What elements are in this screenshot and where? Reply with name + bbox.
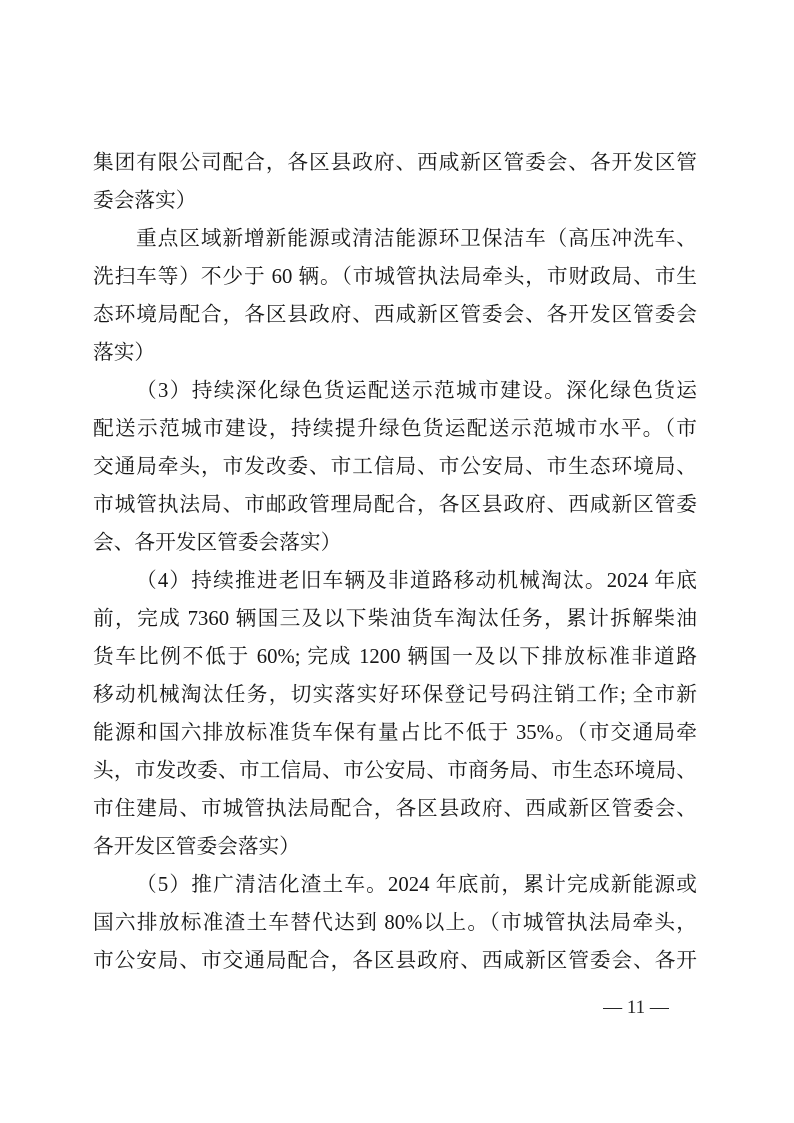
document-page: 集团有限公司配合，各区县政府、西咸新区管委会、各开发区管 委会落实） 重点区域新… — [0, 0, 794, 1123]
text-line: 配送示范城市建设，持续提升绿色货运配送示范城市水平。（市 — [93, 410, 697, 448]
text-line: 市住建局、市城管执法局配合，各区县政府、西咸新区管委会、 — [93, 790, 697, 828]
text-line: （3）持续深化绿色货运配送示范城市建设。深化绿色货运 — [93, 372, 697, 410]
text-line: （4）持续推进老旧车辆及非道路移动机械淘汰。2024 年底 — [93, 562, 697, 600]
text-line: 落实） — [93, 334, 697, 372]
text-line: 各开发区管委会落实） — [93, 828, 697, 866]
document-text-block: 集团有限公司配合，各区县政府、西咸新区管委会、各开发区管 委会落实） 重点区域新… — [93, 144, 697, 980]
text-line: （5）推广清洁化渣土车。2024 年底前，累计完成新能源或 — [93, 866, 697, 904]
text-line: 货车比例不低于 60%; 完成 1200 辆国一及以下排放标准非道路 — [93, 638, 697, 676]
text-line: 态环境局配合，各区县政府、西咸新区管委会、各开发区管委会 — [93, 296, 697, 334]
text-line: 移动机械淘汰任务，切实落实好环保登记号码注销工作; 全市新 — [93, 676, 697, 714]
text-line: 前，完成 7360 辆国三及以下柴油货车淘汰任务，累计拆解柴油 — [93, 600, 697, 638]
text-line: 头，市发改委、市工信局、市公安局、市商务局、市生态环境局、 — [93, 752, 697, 790]
text-line: 交通局牵头，市发改委、市工信局、市公安局、市生态环境局、 — [93, 448, 697, 486]
text-line: 委会落实） — [93, 182, 697, 220]
text-line: 集团有限公司配合，各区县政府、西咸新区管委会、各开发区管 — [93, 144, 697, 182]
text-line: 会、各开发区管委会落实） — [93, 524, 697, 562]
text-line: 国六排放标准渣土车替代达到 80%以上。（市城管执法局牵头， — [93, 904, 697, 942]
text-line: 市城管执法局、市邮政管理局配合，各区县政府、西咸新区管委 — [93, 486, 697, 524]
page-number: — 11 — — [594, 996, 678, 1020]
text-line: 重点区域新增新能源或清洁能源环卫保洁车（高压冲洗车、 — [93, 220, 697, 258]
text-line: 能源和国六排放标准货车保有量占比不低于 35%。（市交通局牵 — [93, 714, 697, 752]
text-line: 市公安局、市交通局配合，各区县政府、西咸新区管委会、各开 — [93, 942, 697, 980]
text-line: 洗扫车等）不少于 60 辆。（市城管执法局牵头，市财政局、市生 — [93, 258, 697, 296]
